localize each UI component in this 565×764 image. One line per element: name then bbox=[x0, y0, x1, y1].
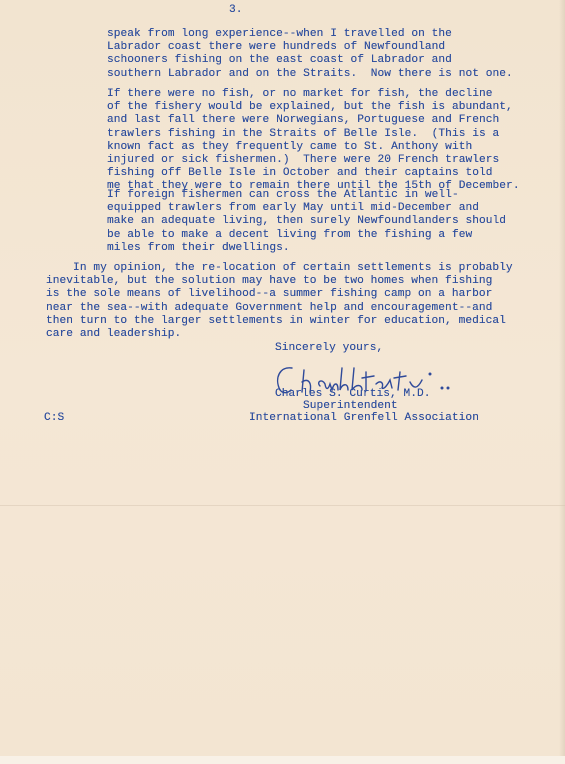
line: inevitable, but the solution may have to… bbox=[46, 275, 492, 287]
line: care and leadership. bbox=[46, 328, 181, 340]
line: If foreign fishermen can cross the Atlan… bbox=[107, 189, 459, 201]
line: then turn to the larger settlements in w… bbox=[46, 315, 506, 327]
line: is the sole means of livelihood--a summe… bbox=[46, 288, 492, 300]
line: equipped trawlers from early May until m… bbox=[107, 202, 479, 214]
line: trawlers fishing in the Straits of Belle… bbox=[107, 128, 499, 140]
page-number: 3. bbox=[229, 4, 243, 17]
line: southern Labrador and on the Straits. No… bbox=[107, 68, 513, 80]
paragraph-2: If there were no fish, or no market for … bbox=[107, 88, 520, 194]
line: be able to make a decent living from the… bbox=[107, 229, 472, 241]
line: near the sea--with adequate Government h… bbox=[46, 302, 492, 314]
signer-organization: International Grenfell Association bbox=[249, 412, 479, 425]
scan-margin bbox=[0, 756, 565, 764]
line: If there were no fish, or no market for … bbox=[107, 88, 493, 100]
paper-edge bbox=[559, 0, 565, 756]
line: injured or sick fishermen.) There were 2… bbox=[107, 154, 499, 166]
line: Labrador coast there were hundreds of Ne… bbox=[107, 41, 445, 53]
line: fishing off Belle Isle in October and th… bbox=[107, 167, 493, 179]
line: schooners fishing on the east coast of L… bbox=[107, 54, 452, 66]
line: make an adequate living, then surely New… bbox=[107, 215, 506, 227]
line: speak from long experience--when I trave… bbox=[107, 28, 452, 40]
line: known fact as they frequently came to St… bbox=[107, 141, 472, 153]
line: of the fishery would be explained, but t… bbox=[107, 101, 513, 113]
closing: Sincerely yours, bbox=[275, 342, 383, 355]
line: and last fall there were Norwegians, Por… bbox=[107, 114, 499, 126]
line: miles from their dwellings. bbox=[107, 242, 290, 254]
paragraph-1: speak from long experience--when I trave… bbox=[107, 28, 513, 81]
line: In my opinion, the re-location of certai… bbox=[46, 262, 513, 274]
paragraph-4: In my opinion, the re-location of certai… bbox=[46, 262, 513, 341]
typist-initials: C:S bbox=[44, 412, 64, 425]
paragraph-3: If foreign fishermen can cross the Atlan… bbox=[107, 189, 506, 255]
paper-fold-line bbox=[0, 505, 565, 506]
